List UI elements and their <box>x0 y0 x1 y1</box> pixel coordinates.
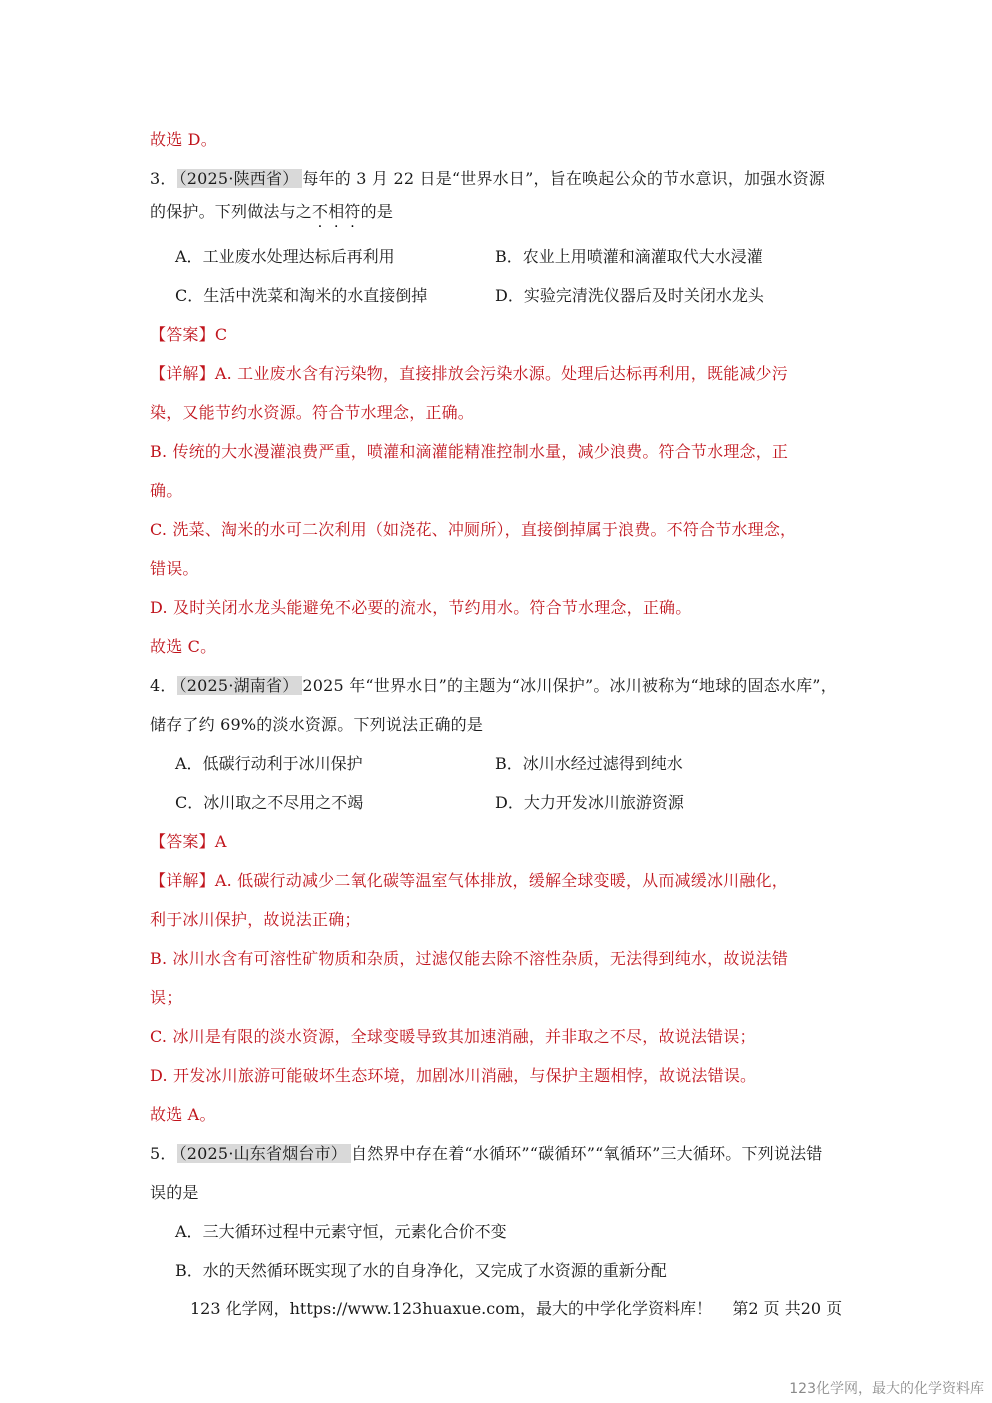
q4-option-a: A．低碳行动利于冰川保护 <box>175 753 363 775</box>
option-text: 水的天然循环既实现了水的自身净化，又完成了水资源的重新分配 <box>203 1261 667 1280</box>
emphasis-char: 符 <box>344 202 360 221</box>
q3-detail-line: B. 传统的大水漫灌浪费严重，喷灌和滴灌能精准控制水量，减少浪费。符合节水理念，… <box>150 441 788 463</box>
q5-stem-line1: 5．（2025·山东省烟台市）自然界中存在着“水循环”“碳循环”“氧循环”三大循… <box>150 1143 822 1165</box>
emphasis-char: 相 <box>328 202 344 221</box>
q4-detail-line: B. 冰川水含有可溶性矿物质和杂质，过滤仅能去除不溶性杂质，无法得到纯水，故说法… <box>150 948 788 970</box>
option-label: C． <box>175 286 203 305</box>
option-label: B． <box>495 754 523 773</box>
option-label: C． <box>175 793 203 812</box>
q4-conclusion: 故选 A。 <box>150 1104 216 1126</box>
q3-detail-line: 确。 <box>150 480 182 502</box>
q4-option-d: D．大力开发冰川旅游资源 <box>495 792 684 814</box>
q5-number: 5． <box>150 1144 177 1163</box>
q4-detail-line: 【详解】A. 低碳行动减少二氧化碳等温室气体排放，缓解全球变暖，从而减缓冰川融化… <box>150 870 788 892</box>
option-text: 实验完清洗仪器后及时关闭水龙头 <box>524 286 764 305</box>
q3-detail-line: 错误。 <box>150 558 199 580</box>
q4-answer: 【答案】A <box>150 831 227 853</box>
q4-detail-line: 误； <box>150 987 182 1009</box>
q3-answer: 【答案】C <box>150 324 227 346</box>
option-text: 生活中洗菜和淘米的水直接倒掉 <box>203 286 427 305</box>
prev-conclusion: 故选 D。 <box>150 129 217 151</box>
q3-number: 3． <box>150 169 177 188</box>
q3-source-tag: （2025·陕西省） <box>177 169 303 188</box>
footer-site-text: 123 化学网，https://www.123huaxue.com，最大的中学化… <box>190 1299 712 1318</box>
option-text: 工业废水处理达标后再利用 <box>203 247 395 266</box>
q4-option-b: B．冰川水经过滤得到纯水 <box>495 753 683 775</box>
q4-option-c: C．冰川取之不尽用之不竭 <box>175 792 363 814</box>
q3-conclusion: 故选 C。 <box>150 636 216 658</box>
answer-value: C <box>215 325 227 344</box>
page-footer: 123 化学网，https://www.123huaxue.com，最大的中学化… <box>190 1298 842 1320</box>
detail-label: 【详解】 <box>150 871 215 890</box>
q3-stem-after: 的是 <box>361 202 393 221</box>
option-label: B． <box>495 247 523 266</box>
emphasis-char: 不 <box>312 202 328 221</box>
option-label: B． <box>175 1261 203 1280</box>
q5-option-a: A．三大循环过程中元素守恒，元素化合价不变 <box>175 1221 507 1243</box>
option-label: D． <box>495 793 524 812</box>
option-label: A． <box>175 247 203 266</box>
option-text: 大力开发冰川旅游资源 <box>524 793 684 812</box>
q3-option-b: B．农业上用喷灌和滴灌取代大水浸灌 <box>495 246 763 268</box>
q3-detail-line: 【详解】A. 工业废水含有污染物，直接排放会污染水源。处理后达标再利用，既能减少… <box>150 363 788 385</box>
q4-stem-text: 2025 年“世界水日”的主题为“冰川保护”。冰川被称为“地球的固态水库”， <box>302 676 836 695</box>
option-label: D． <box>495 286 524 305</box>
q4-stem-line1: 4．（2025·湖南省）2025 年“世界水日”的主题为“冰川保护”。冰川被称为… <box>150 675 837 697</box>
q5-source-tag: （2025·山东省烟台市） <box>177 1144 351 1163</box>
q4-source-tag: （2025·湖南省） <box>177 676 303 695</box>
answer-label: 【答案】 <box>150 325 215 344</box>
detail-label: 【详解】 <box>150 364 215 383</box>
q4-stem-line2: 储存了约 69%的淡水资源。下列说法正确的是 <box>150 714 483 736</box>
q4-number: 4． <box>150 676 177 695</box>
option-label: A． <box>175 754 203 773</box>
option-text: 农业上用喷灌和滴灌取代大水浸灌 <box>523 247 763 266</box>
q5-stem-text: 自然界中存在着“水循环”“碳循环”“氧循环”三大循环。下列说法错 <box>351 1144 822 1163</box>
option-text: 冰川取之不尽用之不竭 <box>203 793 363 812</box>
q4-detail-line: C. 冰川是有限的淡水资源，全球变暖导致其加速消融，并非取之不尽，故说法错误； <box>150 1026 756 1048</box>
q3-stem-text: 每年的 3 月 22 日是“世界水日”，旨在唤起公众的节水意识，加强水资源 <box>302 169 825 188</box>
q3-detail-line: C. 洗菜、淘米的水可二次利用（如浇花、冲厕所），直接倒掉属于浪费。不符合节水理… <box>150 519 796 541</box>
answer-value: A <box>215 832 227 851</box>
q3-detail-line: D. 及时关闭水龙头能避免不必要的流水，节约用水。符合节水理念，正确。 <box>150 597 691 619</box>
option-text: 冰川水经过滤得到纯水 <box>523 754 683 773</box>
watermark: 123化学网，最大的化学资料库 <box>789 1378 984 1398</box>
q3-stem-line2: 的保护。下列做法与之不相符的是 <box>150 201 393 223</box>
q3-stem-line1: 3．（2025·陕西省）每年的 3 月 22 日是“世界水日”，旨在唤起公众的节… <box>150 168 825 190</box>
option-label: A． <box>175 1222 203 1241</box>
q3-stem-before: 的保护。下列做法与之 <box>150 202 312 221</box>
q5-option-b: B．水的天然循环既实现了水的自身净化，又完成了水资源的重新分配 <box>175 1260 667 1282</box>
option-text: 低碳行动利于冰川保护 <box>203 754 363 773</box>
q4-detail-line: 利于冰川保护，故说法正确； <box>150 909 361 931</box>
q4-detail-line: D. 开发冰川旅游可能破坏生态环境，加剧冰川消融，与保护主题相悖，故说法错误。 <box>150 1065 756 1087</box>
detail-text: A. 工业废水含有污染物，直接排放会污染水源。处理后达标再利用，既能减少污 <box>215 364 788 383</box>
q3-detail-line: 染，又能节约水资源。符合节水理念，正确。 <box>150 402 474 424</box>
option-text: 三大循环过程中元素守恒，元素化合价不变 <box>203 1222 507 1241</box>
detail-text: A. 低碳行动减少二氧化碳等温室气体排放，缓解全球变暖，从而减缓冰川融化， <box>215 871 788 890</box>
q3-option-a: A．工业废水处理达标后再利用 <box>175 246 395 268</box>
page-number: 第2 页 共20 页 <box>732 1299 842 1318</box>
answer-label: 【答案】 <box>150 832 215 851</box>
q3-option-c: C．生活中洗菜和淘米的水直接倒掉 <box>175 285 427 307</box>
q3-option-d: D．实验完清洗仪器后及时关闭水龙头 <box>495 285 764 307</box>
q5-stem-line2: 误的是 <box>150 1182 199 1204</box>
